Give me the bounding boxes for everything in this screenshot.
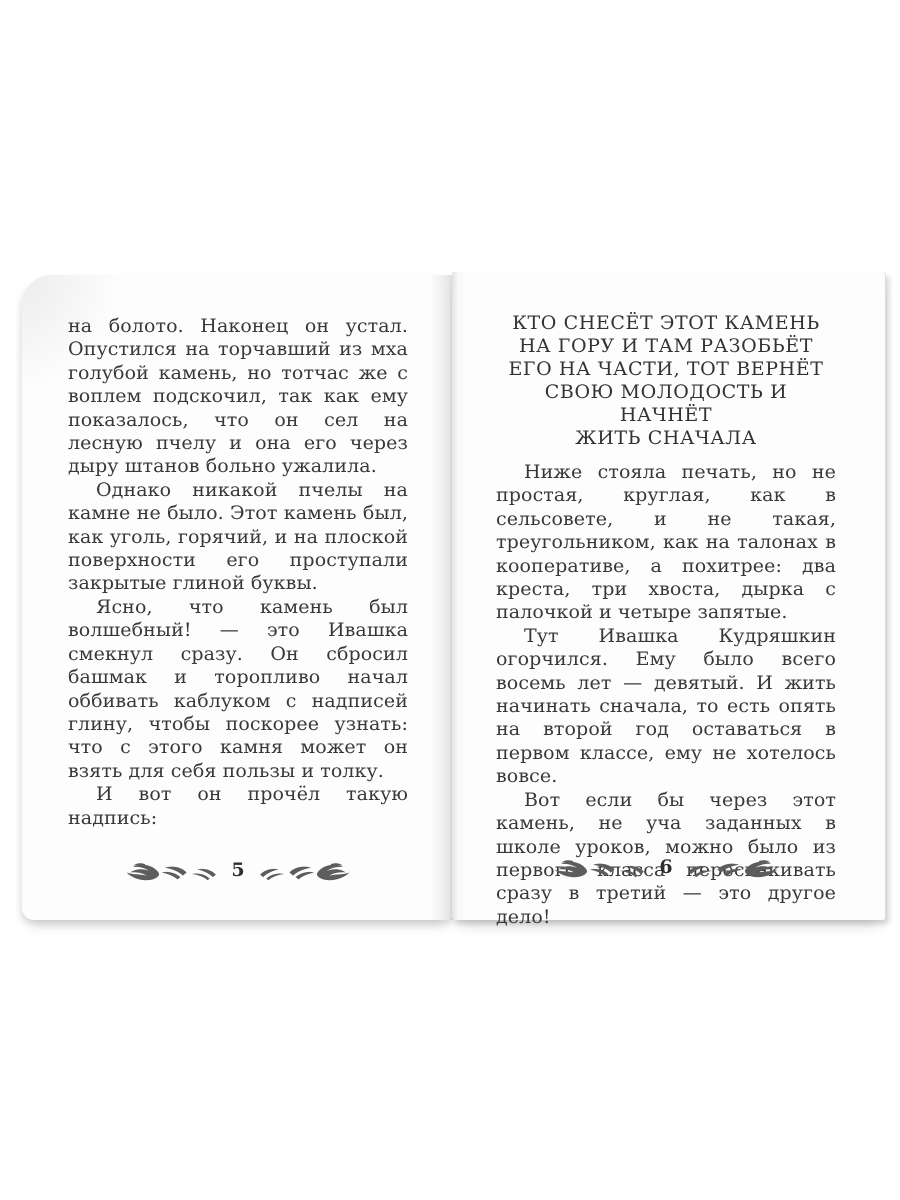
paragraph: на болото. Наконец он устал. Опустился н… xyxy=(68,315,408,479)
paragraph: И вот он прочёл такую надпись: xyxy=(68,783,408,830)
page-left: на болото. Наконец он устал. Опустился н… xyxy=(22,275,454,920)
page-right-text-block: КТО СНЕСЁТ ЭТОТ КАМЕНЬ НА ГОРУ И ТАМ РАЗ… xyxy=(496,312,836,929)
flourish-left-icon xyxy=(125,862,219,883)
chapter-heading: КТО СНЕСЁТ ЭТОТ КАМЕНЬ НА ГОРУ И ТАМ РАЗ… xyxy=(496,312,836,450)
paragraph: Ясно, что камень был волшебный! — это Ив… xyxy=(68,596,408,783)
paragraph: Тут Ивашка Кудряшкин огорчился. Ему было… xyxy=(496,625,836,789)
page-left-footer: 5 xyxy=(68,861,408,884)
paragraph: Однако никакой пчелы на камне не было. Э… xyxy=(68,479,408,596)
flourish-right-icon xyxy=(257,862,351,883)
page-left-text-block: на болото. Наконец он устал. Опустился н… xyxy=(68,315,408,830)
page-number-left: 5 xyxy=(231,861,244,884)
book-spread: на болото. Наконец он устал. Опустился н… xyxy=(22,272,885,924)
page-number-right: 6 xyxy=(659,858,672,881)
flourish-left-icon xyxy=(553,859,647,880)
paragraph: Ниже стояла печать, но не простая, кругл… xyxy=(496,461,836,625)
flourish-right-icon xyxy=(685,859,779,880)
page-right-footer: 6 xyxy=(496,858,836,881)
page-right: КТО СНЕСЁТ ЭТОТ КАМЕНЬ НА ГОРУ И ТАМ РАЗ… xyxy=(452,272,886,920)
